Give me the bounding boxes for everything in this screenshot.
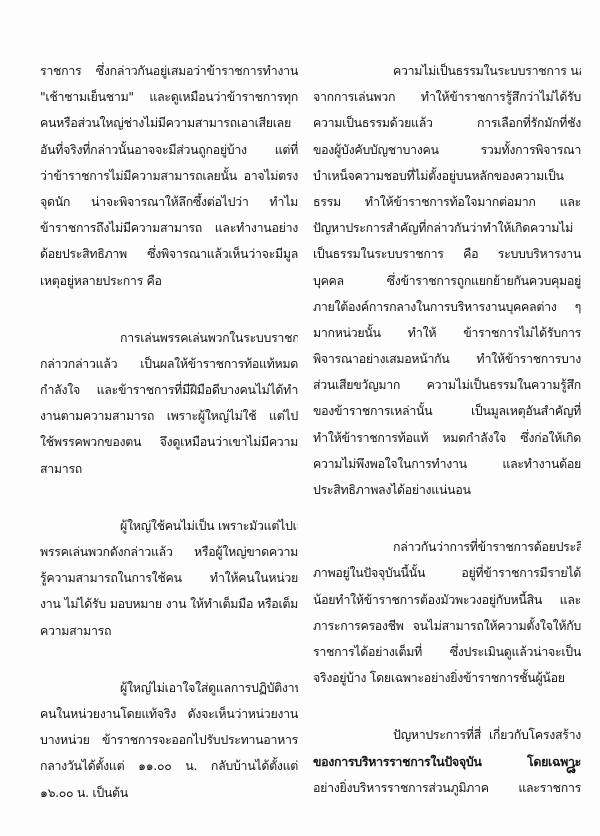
paragraph-poor-management: ผู้ใหญ่ใช้คนไม่เป็น เพราะมัวแต่ไปเล่น พร… [40, 513, 298, 644]
paragraph-spacer [40, 482, 298, 513]
text-line: การเล่นพรรคเล่นพวกในระบบราชการดัง- [40, 325, 298, 351]
text-line: ความเป็นธรรมด้วยแล้ว การเลือกที่รักมักที… [313, 110, 581, 136]
text-line: จากการเล่นพวก ทำให้ข้าราชการรู้สึกว่าไม่… [313, 84, 581, 110]
text-line: อันที่จริงที่กล่าวนั้นอาจจะมีส่วนถูกอยู่… [40, 137, 298, 163]
text-line: ปัญหาประการสำคัญที่กล่าวกันว่าทำให้เกิดค… [313, 215, 581, 241]
text-line: กล่าวกันว่าการที่ข้าราชการด้อยประสิทธิ- [313, 534, 581, 560]
text-line: ราชการได้อย่างเต็มที่ ซึ่งประเมินดูแล้วน… [313, 639, 581, 665]
text-line: กล่าวกล่าวแล้ว เป็นผลให้ข้าราชการท้อแท้ห… [40, 351, 298, 377]
text-line: งาน ไม่ได้รับ มอบหมาย งาน ให้ทำเต็มมือ ห… [40, 591, 298, 617]
text-line: ของผู้บังคับบัญชาบางคน รวมทั้งการพิจารณา [313, 137, 581, 163]
text-line: กลางวันได้ตั้งแต่ ๑๑.๐๐ น. กลับบ้านได้ตั… [40, 753, 298, 779]
text-line: ส่วนเสียขวัญมาก ความไม่เป็นธรรมในความรู้… [313, 372, 581, 398]
text-line: มากหน่วยนั้น ทำให้ ข้าราชการไม่ได้รับการ [313, 320, 581, 346]
text-line: ด้อยประสิทธิภาพ ซึ่งพิจารณาแล้วเห็นว่าจะ… [40, 241, 298, 267]
text-line: ว่าข้าราชการไม่มีความสามารถเลยนั้น อาจไม… [40, 163, 298, 189]
text-line: ภาระการครองชีพ จนไม่สามารถให้ความตั้งใจใ… [313, 613, 581, 639]
text-line: ของการบริหารราชการในปัจจุบัน โดยเฉพาะ [313, 749, 581, 775]
text-line: "เช้าชามเย็นชาม" และดูเหมือนว่าข้าราชการ… [40, 84, 298, 110]
text-line: ทำให้ข้าราชการท้อแท้ หมดกำลังใจ ซึ่งก่อใ… [313, 425, 581, 451]
text-line: เป็นธรรมในระบบราชการ คือ ระบบบริหารงาน [313, 241, 581, 267]
paragraph-spacer [313, 503, 581, 534]
text-line: ภายใต้องค์การกลางในการบริหารงานบุคคลต่าง… [313, 294, 581, 320]
text-line: ใช้พรรคพวกของตน จึงดูเหมือนว่าเขาไม่มีคว… [40, 429, 298, 455]
text-line: รู้ความสามารถในการใช้คน ทำให้คนในหน่วย [40, 565, 298, 591]
text-line: บำเหน็จความชอบที่ไม่ตั้งอยู่บนหลักของควา… [313, 163, 581, 189]
text-line: ข้าราชการถึงไม่มีความสามารถ และทำงานอย่า… [40, 215, 298, 241]
text-line: เหตุอยู่หลายประการ คือ [40, 268, 298, 294]
paragraph-favoritism: การเล่นพรรคเล่นพวกในระบบราชการดัง- กล่าว… [40, 325, 298, 482]
paragraph-structure: ปัญหาประการที่สี่ เกี่ยวกับโครงสร้าง ของ… [313, 722, 581, 801]
paragraph-continuation: ราชการ ซึ่งกล่าวกันอยู่เสมอว่าข้าราชการท… [40, 58, 298, 294]
text-line: ธรรม ทำให้ข้าราชการท้อใจมากต่อมาก และ [313, 189, 581, 215]
text-line: งานตามความสามารถ เพราะผู้ใหญ่ไม่ใช้ แต่ไ… [40, 403, 298, 429]
page-number: ๘ [566, 758, 576, 779]
text-line: พิจารณาอย่างเสมอหน้ากัน ทำให้ข้าราชการบา… [313, 346, 581, 372]
text-line: กำลังใจ และข้าราชการที่มีฝีมือดีบางคนไม่… [40, 377, 298, 403]
text-line: ภาพอยู่ในปัจจุบันนี้นั้น อยู่ที่ข้าราชกา… [313, 560, 581, 586]
text-line: พรรคเล่นพวกดังกล่าวแล้ว หรือผู้ใหญ่ขาดคว… [40, 539, 298, 565]
text-line: คนหรือส่วนใหญ่ช่างไม่มีความสามารถเอาเสีย… [40, 110, 298, 136]
text-line: อย่างยิ่งบริหารราชการส่วนภูมิภาค และราชก… [313, 775, 581, 801]
text-line: บางหน่วย ข้าราชการจะออกไปรับประทานอาหาร [40, 727, 298, 753]
text-line: ผู้ใหญ่ใช้คนไม่เป็น เพราะมัวแต่ไปเล่น [40, 513, 298, 539]
text-line: บุคคล ซึ่งข้าราชการถูกแยกย้ายกันควบคุมอย… [313, 268, 581, 294]
text-line: จริงอยู่บ้าง โดยเฉพาะอย่างยิ่งข้าราชการช… [313, 665, 581, 691]
text-line: ปัญหาประการที่สี่ เกี่ยวกับโครงสร้าง [313, 722, 581, 748]
text-line: จุดนัก น่าจะพิจารณาให้ลึกซึ้งต่อไปว่า ทำ… [40, 189, 298, 215]
text-line: ความสามารถ [40, 618, 298, 644]
paragraph-unfairness: ความไม่เป็นธรรมในระบบราชการ นอก จากการเล… [313, 58, 581, 503]
text-line: ราชการ ซึ่งกล่าวกันอยู่เสมอว่าข้าราชการท… [40, 58, 298, 84]
text-line: น้อยทำให้ข้าราชการต้องมัวพะวงอยู่กับหนี้… [313, 587, 581, 613]
text-line: ความไม่เป็นธรรมในระบบราชการ นอก [313, 58, 581, 84]
paragraph-spacer [40, 644, 298, 675]
text-line: คนในหน่วยงานโดยแท้จริง ดังจะเห็นว่าหน่วย… [40, 701, 298, 727]
text-line: ประสิทธิภาพลงได้อย่างแน่นอน [313, 477, 581, 503]
paragraph-spacer [313, 691, 581, 722]
paragraph-lack-of-supervision: ผู้ใหญ่ไม่เอาใจใส่ดูแลการปฏิบัติงาน ของ … [40, 675, 298, 806]
text-line: สามารถ [40, 456, 298, 482]
paragraph-low-income: กล่าวกันว่าการที่ข้าราชการด้อยประสิทธิ- … [313, 534, 581, 691]
text-line: ผู้ใหญ่ไม่เอาใจใส่ดูแลการปฏิบัติงาน ของ [40, 675, 298, 701]
paragraph-spacer [40, 294, 298, 325]
text-line: ของข้าราชการเหล่านั้น เป็นมูลเหตุอันสำคั… [313, 398, 581, 424]
left-column: ราชการ ซึ่งกล่าวกันอยู่เสมอว่าข้าราชการท… [40, 58, 298, 806]
text-line: ความไม่พึงพอใจในการทำงาน และทำงานด้อย [313, 451, 581, 477]
text-line: ๑๖.๐๐ น. เป็นต้น [40, 780, 298, 806]
right-column: ความไม่เป็นธรรมในระบบราชการ นอก จากการเล… [313, 58, 581, 801]
document-page: ราชการ ซึ่งกล่าวกันอยู่เสมอว่าข้าราชการท… [0, 0, 600, 836]
